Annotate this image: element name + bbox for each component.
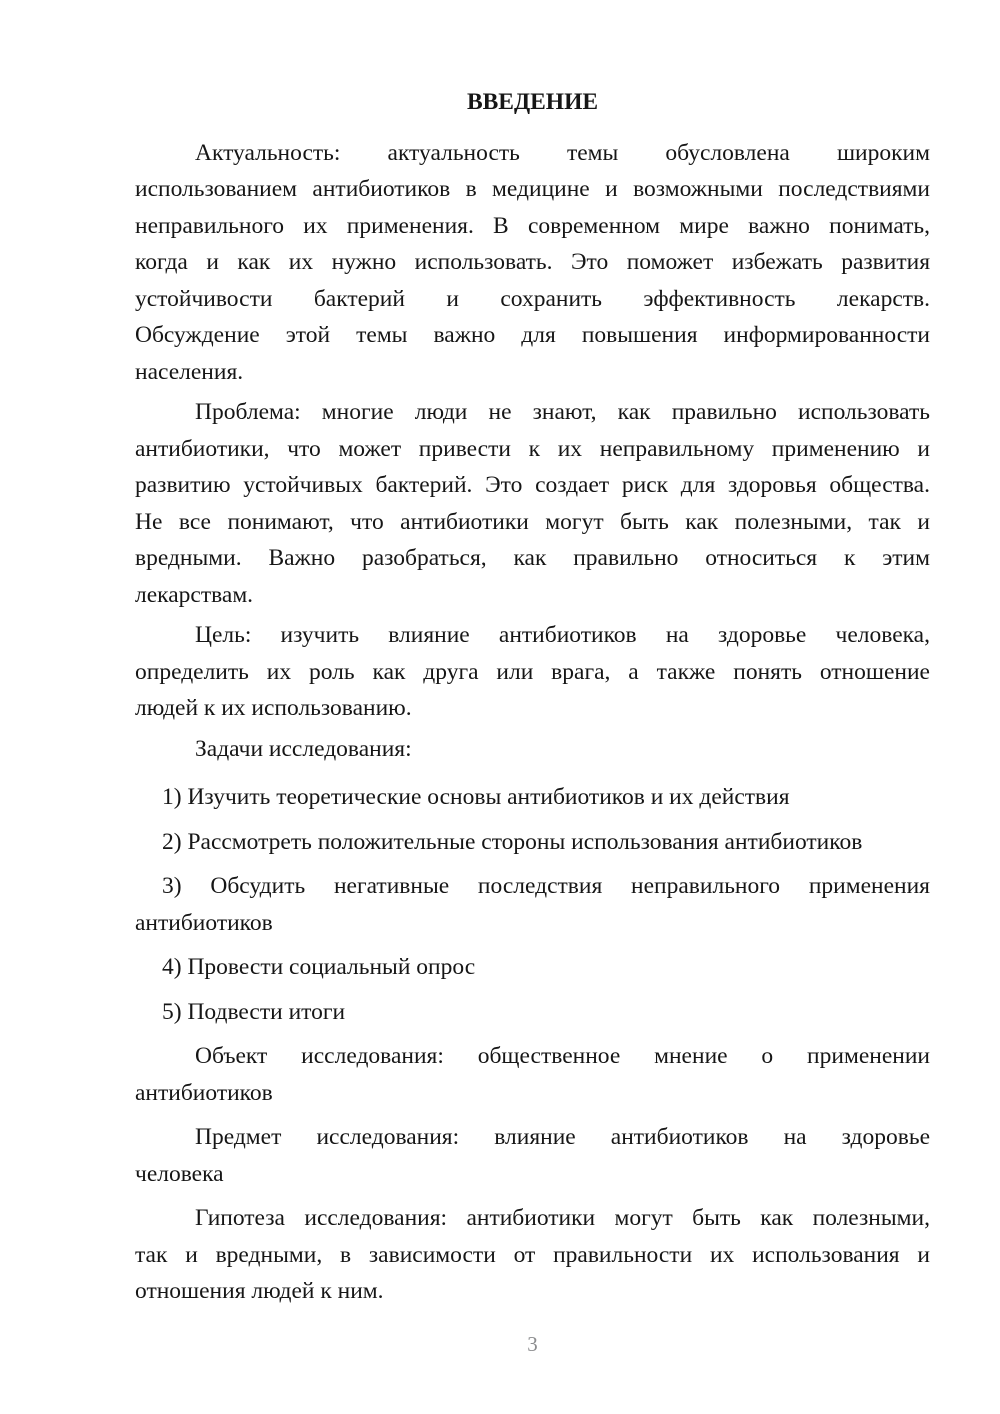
- text-line: Предмет исследования: влияние антибиотик…: [135, 1119, 930, 1156]
- paragraph-problem: Проблема: многие люди не знают, как прав…: [135, 394, 930, 613]
- task-item-4: 4) Провести социальный опрос: [135, 949, 930, 986]
- paragraph-goal: Цель: изучить влияние антибиотиков на зд…: [135, 617, 930, 727]
- paragraph-subject: Предмет исследования: влияние антибиотик…: [135, 1119, 930, 1192]
- text-line: 5) Подвести итоги: [135, 994, 930, 1031]
- text-line: отношения людей к ним.: [135, 1273, 930, 1310]
- text-line: 1) Изучить теоретические основы антибиот…: [135, 779, 930, 816]
- text-line: Гипотеза исследования: антибиотики могут…: [135, 1200, 930, 1237]
- text-line: антибиотики, что может привести к их неп…: [135, 431, 930, 468]
- text-line: человека: [135, 1156, 930, 1193]
- text-line: Обсуждение этой темы важно для повышения…: [135, 317, 930, 354]
- paragraph-tasks-heading: Задачи исследования:: [135, 731, 930, 768]
- text-line: антибиотиков: [135, 905, 930, 942]
- text-line: Цель: изучить влияние антибиотиков на зд…: [135, 617, 930, 654]
- text-line: 2) Рассмотреть положительные стороны исп…: [135, 824, 930, 861]
- text-line: определить их роль как друга или врага, …: [135, 654, 930, 691]
- task-item-1: 1) Изучить теоретические основы антибиот…: [135, 779, 930, 816]
- text-line: 4) Провести социальный опрос: [135, 949, 930, 986]
- text-line: использованием антибиотиков в медицине и…: [135, 171, 930, 208]
- text-line: Проблема: многие люди не знают, как прав…: [135, 394, 930, 431]
- text-line: населения.: [135, 354, 930, 391]
- task-item-3: 3) Обсудить негативные последствия непра…: [135, 868, 930, 941]
- text-line: когда и как их нужно использовать. Это п…: [135, 244, 930, 281]
- text-line: неправильного их применения. В современн…: [135, 208, 930, 245]
- document-page: ВВЕДЕНИЕ Актуальность: актуальность темы…: [0, 0, 1000, 1414]
- text-line: устойчивости бактерий и сохранить эффект…: [135, 281, 930, 318]
- text-line: людей к их использованию.: [135, 690, 930, 727]
- paragraph-hypothesis: Гипотеза исследования: антибиотики могут…: [135, 1200, 930, 1310]
- text-line: Актуальность: актуальность темы обусловл…: [135, 135, 930, 172]
- text-line: 3) Обсудить негативные последствия непра…: [135, 868, 930, 905]
- text-line: развитию устойчивых бактерий. Это создае…: [135, 467, 930, 504]
- page-content: ВВЕДЕНИЕ Актуальность: актуальность темы…: [135, 84, 930, 1314]
- page-number: 3: [135, 1326, 930, 1363]
- text-line: лекарствам.: [135, 577, 930, 614]
- text-line: вредными. Важно разобраться, как правиль…: [135, 540, 930, 577]
- task-item-5: 5) Подвести итоги: [135, 994, 930, 1031]
- text-line: антибиотиков: [135, 1075, 930, 1112]
- paragraph-object: Объект исследования: общественное мнение…: [135, 1038, 930, 1111]
- text-line: так и вредными, в зависимости от правиль…: [135, 1237, 930, 1274]
- text-line: Не все понимают, что антибиотики могут б…: [135, 504, 930, 541]
- page-title: ВВЕДЕНИЕ: [135, 84, 930, 121]
- text-line: Задачи исследования:: [135, 731, 930, 768]
- text-line: Объект исследования: общественное мнение…: [135, 1038, 930, 1075]
- paragraph-relevance: Актуальность: актуальность темы обусловл…: [135, 135, 930, 391]
- task-item-2: 2) Рассмотреть положительные стороны исп…: [135, 824, 930, 861]
